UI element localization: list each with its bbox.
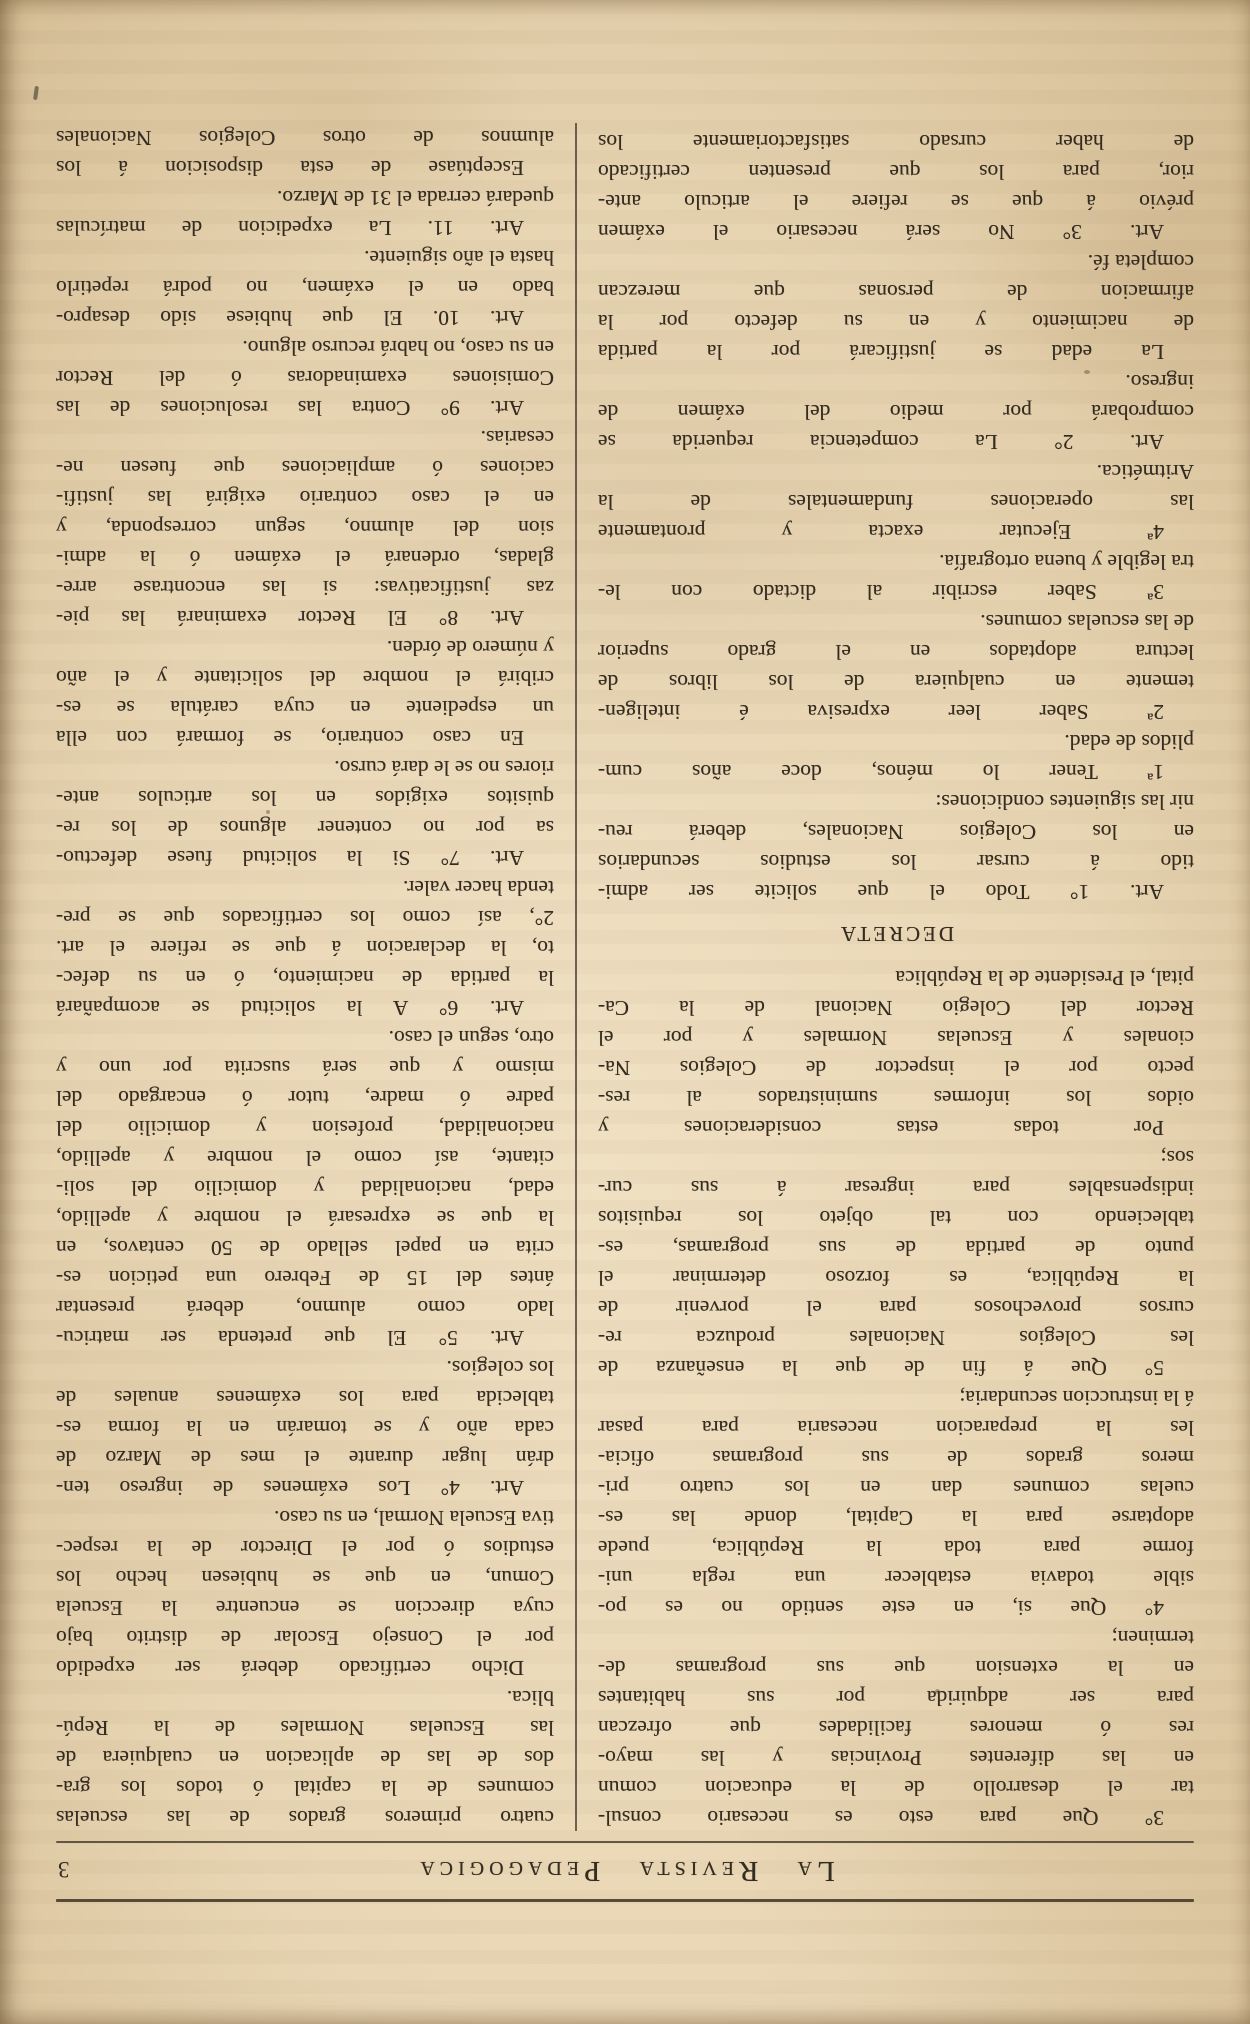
text-line: Art. 8° El Rector examinará las pie- (56, 603, 554, 633)
text-line: meros grados de sus programas oficia- (598, 1443, 1194, 1473)
text-line: la República, es forzoso determinar el (598, 1263, 1194, 1293)
text-line: las Escuelas Normales de la Repú- (56, 1713, 554, 1743)
text-line: crita en papel sellado de 50 centavos, e… (56, 1233, 554, 1263)
text-line: las operaciones fundamentales de la (598, 487, 1194, 517)
text-line: nir las siguientes condiciones: (598, 787, 1194, 817)
text-line: en los Colegios Nacionales, deberá reu- (598, 817, 1194, 847)
text-line: alumnos de otros Colegios Nacionales (56, 123, 554, 153)
text-columns: 3° Que para esto es necesario consul-tar… (56, 123, 1194, 1833)
text-line: nacionalidad, profesion y domicilio del (56, 1113, 554, 1143)
text-line: 1ª Tener lo ménos, doce años cum- (598, 757, 1194, 787)
text-line: en el caso contrario exigirá las justifi… (56, 483, 554, 513)
paper-speck (935, 1689, 940, 1694)
text-line: padre ó madre, tutor ó encargado del (56, 1083, 554, 1113)
text-line: cursos provechosos para el porvenir de (598, 1293, 1194, 1323)
text-line: rior, para los que presenten certificado (598, 157, 1194, 187)
text-line: temente en cualquiera de los libros de (598, 667, 1194, 697)
text-line: la partida de nacimiento, ó en su defec- (56, 963, 554, 993)
text-line: Art. 7° Si la solicitud fuese defectuo- (56, 843, 554, 873)
text-line: to, la declaracion á que se refiere el a… (56, 933, 554, 963)
text-line: dos de las de aplicacion en cualquiera d… (56, 1743, 554, 1773)
text-line: sible todavia establecer una regla uni- (598, 1563, 1194, 1593)
text-line: oidos los informes suministrados al res- (598, 1083, 1194, 1113)
text-line: Por todas estas consideraciones y (598, 1113, 1194, 1143)
text-line: ántes del 15 de Febrero una peticion es- (56, 1263, 554, 1293)
text-line: Dicho certificado deberá ser expedido (56, 1653, 554, 1683)
text-line: terminen; (598, 1623, 1194, 1653)
text-line: en las diferentes Provincias y las mayo- (598, 1743, 1194, 1773)
text-line: Art. 2° La competencia requerida se (598, 427, 1194, 457)
ink-blemish (33, 86, 39, 100)
text-line: adoptarse para la Capital, donde las es- (598, 1503, 1194, 1533)
text-line: Art. 4° Los exámenes de ingreso ten- (56, 1473, 554, 1503)
column-divider-rule (575, 123, 577, 1831)
text-line: la que se expresará el nombre y apellido… (56, 1203, 554, 1233)
text-line: Art. 10. El que hubiese sido desapro- (56, 303, 554, 333)
text-line: quisitos exigidos en los articulos ante- (56, 783, 554, 813)
text-line: 3° Que para esto es necesario consul- (598, 1803, 1194, 1833)
text-line: tableciendo con tal objeto los requisito… (598, 1203, 1194, 1233)
text-line: de nacimiento y en su defecto por la (598, 307, 1194, 337)
text-line: un espediente en cuya carátula se es- (56, 693, 554, 723)
text-line: les la preparacion necesaria para pasar (598, 1413, 1194, 1443)
page-header: La Revista Pedagogica 3 (56, 1843, 1194, 1899)
text-line: les Colegios Nacionales produzca re- (598, 1323, 1194, 1353)
text-line: 5° Que á fin de que la enseñanza de (598, 1353, 1194, 1383)
text-line: Aritmética. (598, 457, 1194, 487)
text-line: en la extension que sus programas de- (598, 1653, 1194, 1683)
text-line: Art. 6° A la solicitud se acompañará (56, 993, 554, 1023)
text-line: lectura adoptados en el grado superior (598, 637, 1194, 667)
text-line: tido á cursar los estudios secundarios (598, 847, 1194, 877)
text-line: punto de partida de sus programas, es- (598, 1233, 1194, 1263)
paper-speck (1084, 370, 1090, 374)
text-line: edad, nacionalidad y domicilio del soli- (56, 1173, 554, 1203)
text-line: cribirá el nombre del solicitante y el a… (56, 663, 554, 693)
text-line: cionales y Escuelas Normales y por el (598, 1023, 1194, 1053)
text-line: y número de órden. (56, 633, 554, 663)
text-line: Comisiones examinadoras ó del Rector (56, 363, 554, 393)
text-line: Art. 3° No será necesario el exámen (598, 217, 1194, 247)
text-line: zas justificativas: si las encontrase ar… (56, 573, 554, 603)
left-column: 3° Que para esto es necesario consul-tar… (598, 123, 1194, 1833)
text-line: comprobará por medio del exámen de (598, 397, 1194, 427)
scanned-page-rotated-180: La Revista Pedagogica 3 3° Que para esto… (0, 0, 1250, 2024)
text-line: de las escuelas comunes. (598, 607, 1194, 637)
text-line: Art. 9° Contra las resoluciones de las (56, 393, 554, 423)
text-line: hasta el año siguiente. (56, 243, 554, 273)
text-line: tra legible y buena ortografía. (598, 547, 1194, 577)
text-line: mismo y que será suscrita por uno y (56, 1053, 554, 1083)
text-line: caciones ó ampliaciones que fuesen ne- (56, 453, 554, 483)
text-line: cuatro primeros grados de las escuelas (56, 1803, 554, 1833)
text-line: otro, segun el caso. (56, 1023, 554, 1053)
text-line: prévio á que se refiere el articulo ante… (598, 187, 1194, 217)
text-line: Comun, en que se hubiesen hecho los (56, 1563, 554, 1593)
text-line: Rector del Colegio Nacional de la Ca- (598, 993, 1194, 1023)
text-line: plidos de edad. (598, 727, 1194, 757)
text-line: forme para toda la República, puede (598, 1533, 1194, 1563)
text-line: cesarias. (56, 423, 554, 453)
text-line: sos; (598, 1143, 1194, 1173)
text-line: Art. 11. La expedicion de matrículas (56, 213, 554, 243)
journal-title: La Revista Pedagogica (308, 1843, 942, 1899)
text-line: comunes de la capital ó todos los gra- (56, 1773, 554, 1803)
text-line: tenda hacer valer. (56, 873, 554, 903)
text-line: tar el desarrollo de la educacion comun (598, 1773, 1194, 1803)
text-line: en su caso, no habrá recurso alguno. (56, 333, 554, 363)
text-line: 2°, así como los certificados que se pre… (56, 903, 554, 933)
paper-speck (266, 810, 270, 814)
text-line: tablecida para los exámenes anuales de (56, 1383, 554, 1413)
text-line: quedará cerrada el 31 de Marzo. (56, 183, 554, 213)
text-line: pecto por el inspector de Colegios Na- (598, 1053, 1194, 1083)
header-bottom-rule (56, 1841, 1194, 1843)
text-line: indispensables para ingresar á sus cur- (598, 1173, 1194, 1203)
text-line: citante, así como el nombre y apellido, (56, 1143, 554, 1173)
decree-heading: DECRETA (598, 919, 1194, 949)
text-line: gladas, ordenará el exámen ó la admi- (56, 543, 554, 573)
text-line: Art. 1° Todo el que solicite ser admi- (598, 877, 1194, 907)
text-line: Art. 5° El que pretenda ser matricu- (56, 1323, 554, 1353)
text-line: Esceptúase de esta disposicion á los (56, 153, 554, 183)
text-line: tiva Escuela Normal, en su caso. (56, 1503, 554, 1533)
text-line: á la instruccion secundaria; (598, 1383, 1194, 1413)
text-line: sa por no contener algunos de los re- (56, 813, 554, 843)
text-line: lado como alumno, deberá presentar (56, 1293, 554, 1323)
header-top-rule (56, 1899, 1194, 1902)
text-line: riores no se le dará curso. (56, 753, 554, 783)
text-line: 2ª Saber leer expresiva é inteligen- (598, 697, 1194, 727)
text-line: En caso contrario, se formará con ella (56, 723, 554, 753)
text-line: cuya direccion se encuentre la Escuela (56, 1593, 554, 1623)
text-line: 3ª Saber escribir al dictado con le- (598, 577, 1194, 607)
text-line: sion del alumno, segun corresponda, y (56, 513, 554, 543)
text-line: cada año y se tomarán en la forma es- (56, 1413, 554, 1443)
right-column: cuatro primeros grados de las escuelasco… (56, 123, 554, 1833)
text-line: blica. (56, 1683, 554, 1713)
text-line: afirmacion de personas que merezcan (598, 277, 1194, 307)
text-line: pital, el Presidente de la República (598, 963, 1194, 993)
text-line: bado en el exámen, no podrá repetirlo (56, 273, 554, 303)
text-line: de haber cursado satisfactoriamente los (598, 127, 1194, 157)
page-number: 3 (58, 1841, 308, 1897)
text-line: completa fé. (598, 247, 1194, 277)
text-line: 4° Que si, en este sentido no es po- (598, 1593, 1194, 1623)
text-line: por el Consejo Escolar de distrito bajo (56, 1623, 554, 1653)
text-line: cuelas comunes dan en los cuatro pri- (598, 1473, 1194, 1503)
text-line: estudios ó por el Director de la respec- (56, 1533, 554, 1563)
text-line: drán lugar durante el mes de Marzo de (56, 1443, 554, 1473)
text-line: res ó menores facilidades que ofrezcan (598, 1713, 1194, 1743)
text-line: para ser adquirida por sus habitantes (598, 1683, 1194, 1713)
text-line: los colegios. (56, 1353, 554, 1383)
page-content: La Revista Pedagogica 3 3° Que para esto… (56, 123, 1194, 1902)
text-line: La edad se justificará por la partida (598, 337, 1194, 367)
text-line: 4ª Ejecutar exacta y prontamente (598, 517, 1194, 547)
text-line: ingreso. (598, 367, 1194, 397)
